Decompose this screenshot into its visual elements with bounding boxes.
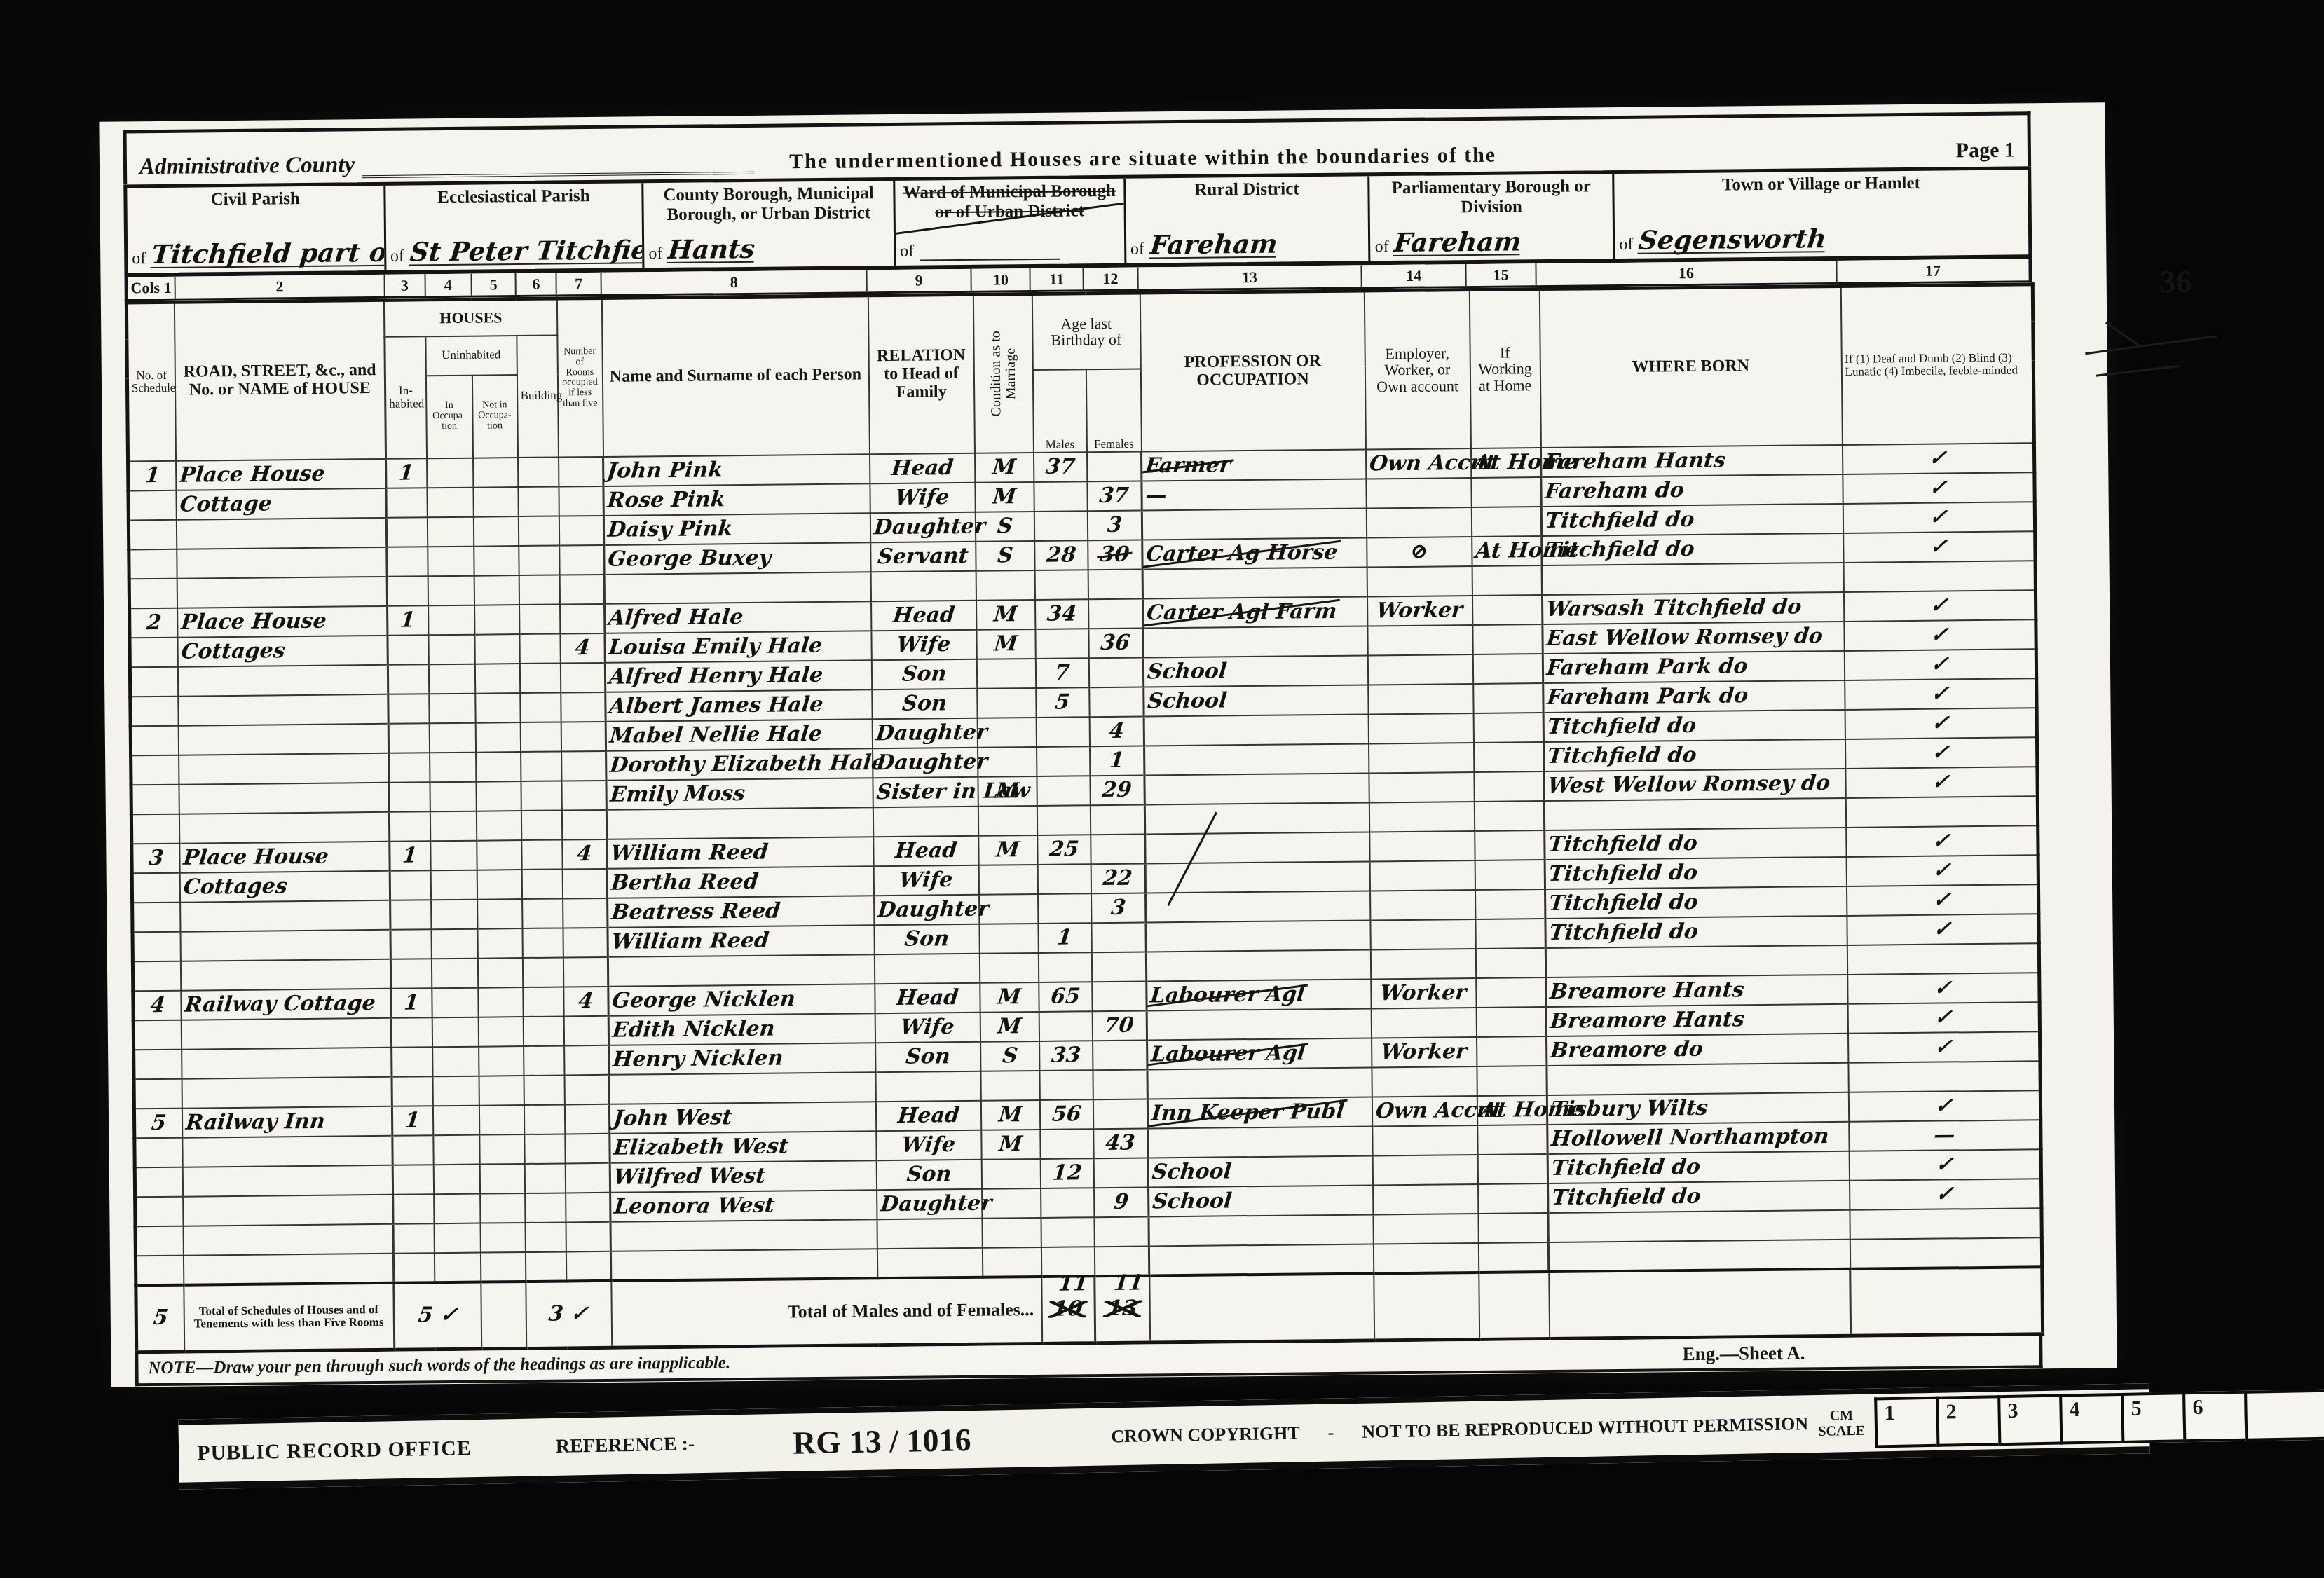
cell-schedule-no [135,1137,182,1167]
cell-relation: Son [872,688,977,718]
cell-working-home [1477,1154,1547,1184]
cell-address [179,753,389,784]
cell-relation: Son [874,924,979,954]
county-borough-value: Hants [667,237,756,263]
cell-working-home [1475,948,1545,978]
cell-age-male [1040,1129,1093,1159]
cell-person-name: William Reed [607,837,873,869]
col-home-header: If Working at Home [1469,289,1540,448]
cell-where-born: Warsash Titchfield do [1542,591,1843,624]
cell-employer [1370,948,1475,978]
rural-district-box: Rural District of Fareham [1126,176,1371,263]
table-header: No. of Schedule ROAD, STREET, &c., and N… [126,284,2034,461]
cell-infirmity: ✓ [1842,443,2034,474]
cell-schedule-no [128,490,176,520]
cell-rooms [562,868,607,898]
cell-person-name [608,954,874,987]
cell-condition [979,893,1038,924]
cell-employer [1372,1154,1477,1184]
cell-age-female [1089,687,1144,717]
cell-occupation: School [1148,1155,1372,1187]
cell-relation: Son [875,1041,980,1071]
cell-age-female [1088,569,1142,599]
cell-address: Cottage [176,488,386,519]
cell-age-male [1036,717,1089,747]
cell-person-name: Dorothy Elizabeth Hale [606,748,873,781]
cell-age-male [1039,1070,1093,1100]
cell-age-male [1039,1011,1092,1041]
cell-age-male [1034,481,1087,512]
cell-person-name: Elizabeth West [610,1131,876,1163]
cell-age-male: 25 [1037,835,1091,865]
cell-uninhabited-not-occupied [479,1076,524,1106]
col-name-header: Name and Surname of each Person [601,296,869,457]
separator-dash: - [1327,1422,1334,1443]
cell-where-born: Titchfield do [1544,739,1845,771]
col-occupation-header: PROFESSION OR OCCUPATION [1140,291,1365,451]
cell-inhabited [391,1017,432,1048]
cell-condition [982,1247,1041,1277]
cell-uninhabited-occupied [434,1252,480,1282]
column-number: 7 [557,273,602,295]
cell-infirmity: ✓ [1845,678,2037,710]
cell-age-female [1093,1099,1147,1129]
cell-inhabited: 1 [392,1106,432,1136]
scale-tick: 1 [1874,1397,1936,1448]
cell-person-name [609,1072,875,1104]
cell-age-male [1041,1217,1094,1247]
cell-person-name: Henry Nicklen [609,1043,875,1075]
cell-where-born: Titchfield do [1543,709,1845,741]
cm-scale-ruler: CM SCALE 123456 [1807,1388,2324,1449]
cell-building [521,839,562,870]
cell-uninhabited-not-occupied [474,546,519,576]
cell-relation: Daughter [874,894,979,924]
cell-inhabited [389,811,430,842]
cell-infirmity: ✓ [1847,973,2039,1004]
cell-rooms [559,544,604,575]
of-prefix: of [1375,238,1389,256]
cm-scale-label: CM SCALE [1807,1397,1875,1449]
cell-relation: Daughter [872,718,977,748]
scale-tick: 6 [2182,1391,2245,1443]
cell-schedule-no: 1 [128,460,176,490]
cell-uninhabited-not-occupied [474,634,519,664]
cell-employer: Worker [1367,596,1472,626]
cell-uninhabited-occupied [429,722,475,753]
cell-occupation [1147,1008,1371,1040]
cell-where-born: Titchfield do [1547,1151,1849,1183]
cell-rooms: 4 [560,633,605,663]
cell-rooms: 4 [563,986,608,1016]
cell-address: Cottages [177,635,388,666]
cell-age-male [1037,746,1090,776]
cell-building [522,928,563,958]
cell-infirmity: ✓ [1850,1179,2042,1210]
cell-condition: S [975,511,1034,541]
cell-working-home [1475,830,1545,860]
cell-rooms [566,1251,610,1281]
cell-condition: S [980,1041,1039,1071]
cell-relation: Servant [870,541,976,571]
civil-parish-box: Civil Parish of Titchfield part of [127,186,386,273]
cell-uninhabited-not-occupied [473,487,518,517]
cell-infirmity: — [1849,1120,2041,1151]
cell-employer [1370,889,1475,919]
cell-schedule-no [135,1167,182,1197]
cell-infirmity: ✓ [1844,649,2036,680]
cell-age-male [1034,511,1087,541]
cell-working-home [1472,654,1543,684]
cell-person-name: Edith Nicklen [608,1013,875,1045]
cell-age-female [1088,598,1143,629]
col-schedule-header: No. of Schedule [126,302,175,461]
cell-inhabited [386,517,427,547]
cell-employer [1372,1125,1477,1155]
cell-building [524,1075,564,1105]
col-road-header: ROAD, STREET, &c., and No. or NAME of HO… [174,300,385,460]
cell-rooms [559,515,603,545]
cell-uninhabited-not-occupied [477,899,522,929]
cell-person-name: Albert James Hale [606,689,872,722]
cell-occupation: Carter Ag Horse [1142,537,1367,569]
cell-relation [877,1218,982,1248]
cell-condition: M [980,1011,1039,1041]
cell-occupation: School [1144,685,1368,716]
cell-condition [978,864,1037,894]
cell-inhabited [392,1047,432,1077]
cell-occupation: Inn Keeper Publ [1147,1097,1372,1128]
cell-where-born [1545,945,1847,977]
totals-males-females-label: Total of Males and of Females... [611,1276,1042,1347]
cell-inhabited [390,900,431,930]
cell-age-female [1093,1040,1147,1070]
cell-person-name: Alfred Henry Hale [605,660,871,692]
cell-schedule-no [132,961,180,991]
cell-age-female: 3 [1091,893,1146,923]
of-prefix: of [1130,240,1144,259]
cell-working-home [1473,713,1543,743]
cell-age-female [1091,834,1145,864]
column-number: Cols 1 [128,277,176,299]
cell-address [182,1165,392,1196]
cell-age-female [1086,451,1141,481]
cell-occupation [1146,920,1370,952]
cell-uninhabited-not-occupied [477,870,521,900]
cell-employer [1367,625,1472,655]
column-number: 13 [1138,265,1362,289]
cell-address [177,664,388,696]
cell-uninhabited-not-occupied [479,1046,524,1076]
cell-relation [875,1071,980,1101]
county-borough-label: County Borough, Municipal Borough, or Ur… [648,184,889,224]
cell-uninhabited-occupied [428,575,474,605]
cell-person-name [606,807,873,839]
cell-occupation: Carter Agl Farm [1143,596,1367,628]
cell-building [525,1193,566,1223]
cell-relation: Wife [876,1130,981,1160]
cell-occupation [1149,1214,1373,1246]
cell-occupation [1142,508,1366,540]
cell-age-male: 12 [1040,1158,1093,1188]
cell-schedule-no: 2 [130,608,177,638]
page-label: Page 1 [1956,139,2015,163]
of-prefix: of [900,242,914,261]
col-age-header: Age last Birthday of [1032,293,1140,369]
cell-employer: Own Accnt [1372,1095,1477,1125]
cell-building [519,604,560,634]
cell-condition [979,952,1038,982]
cell-condition [976,658,1035,688]
cell-uninhabited-occupied [428,634,474,664]
cell-condition: S [976,540,1034,570]
cell-uninhabited-occupied [430,811,476,841]
cell-building [518,486,559,516]
cell-rooms [565,1133,610,1163]
situate-text: The undermentioned Houses are situate wi… [789,144,1496,174]
cell-building [524,1163,565,1193]
col-males-header: Males [1032,369,1086,453]
piece-number: 36 [2159,263,2192,300]
cell-working-home [1475,919,1545,949]
cell-schedule-no [130,666,177,697]
cell-schedule-no: 4 [133,990,181,1020]
cell-working-home [1473,683,1543,713]
ward-box: Ward of Municipal Borough or of Urban Di… [895,179,1126,266]
cell-building [522,957,563,987]
cell-schedule-no [135,1255,183,1285]
cell-address: Cottages [179,870,390,902]
cell-address [176,517,386,549]
cell-working-home [1472,624,1543,654]
column-number: 11 [1031,268,1084,290]
cell-relation: Head [875,1100,980,1130]
cell-age-male: 5 [1036,687,1089,718]
cell-age-male [1037,864,1091,894]
cell-inhabited [388,635,428,665]
cell-age-female: 9 [1094,1187,1149,1217]
cell-rooms [564,1104,609,1134]
cell-working-home [1477,1036,1547,1066]
note-text: NOTE—Draw your pen through such words of… [148,1353,730,1378]
cell-schedule-no [135,1226,183,1256]
totals-houses-value: 5 ✓ [394,1282,481,1350]
cell-infirmity: ✓ [1845,708,2037,739]
cell-address [181,1017,391,1049]
cell-inhabited [389,753,430,783]
cell-rooms [559,456,603,486]
cell-infirmity: ✓ [1843,531,2035,563]
cell-uninhabited-not-occupied [476,781,521,811]
cell-building [519,545,559,575]
cell-occupation [1146,891,1370,922]
cell-infirmity: ✓ [1848,1031,2040,1063]
cell-address [182,1135,392,1167]
cell-working-home [1474,742,1544,772]
cell-address [183,1194,393,1226]
cell-uninhabited-occupied [428,605,474,635]
cell-occupation: Labourer Agl [1147,1038,1372,1069]
cell-rooms [561,750,606,781]
cell-building [520,692,561,722]
cell-uninhabited-occupied [427,516,473,547]
cell-where-born: Titchfield do [1545,886,1847,918]
cell-where-born [1548,1209,1850,1242]
cell-where-born: Titchfield do [1541,503,1843,535]
cell-uninhabited-occupied [431,928,477,959]
ward-value [920,259,1060,261]
cell-rooms [561,692,606,722]
cell-uninhabited-occupied [432,1076,479,1106]
town-village-value: Segensworth [1638,226,1828,254]
cell-uninhabited-occupied [431,958,477,988]
cell-uninhabited-not-occupied [480,1193,525,1223]
cell-age-female [1091,952,1146,982]
cell-employer: ⊘ [1367,537,1472,567]
cell-age-male: 7 [1035,658,1088,688]
cell-inhabited [386,488,427,518]
cell-building [521,810,561,840]
cell-condition: M [978,776,1037,806]
col-in-occupation-header: In Occupa-tion [425,375,472,458]
cell-occupation [1143,626,1367,657]
cell-infirmity: ✓ [1845,767,2037,798]
cell-occupation [1145,861,1369,893]
cell-where-born: Fareham do [1541,474,1843,506]
cell-person-name: Louisa Emily Hale [605,631,871,663]
cell-age-male [1038,952,1091,982]
cell-uninhabited-occupied [434,1223,480,1253]
cell-person-name: John Pink [603,454,870,486]
cell-inhabited [388,723,429,753]
cell-age-male: 33 [1039,1041,1093,1071]
cell-uninhabited-not-occupied [474,605,519,635]
cell-where-born: Fareham Hants [1540,444,1842,476]
cell-rooms [566,1221,610,1251]
cell-relation: Son [876,1159,981,1189]
cell-infirmity [1850,1237,2042,1269]
cell-rooms [563,898,608,928]
cell-employer [1369,742,1474,772]
cell-inhabited: 1 [390,841,430,871]
cell-inhabited [393,1253,434,1283]
cell-occupation [1145,832,1369,863]
cell-building [519,575,559,605]
scanned-census-page: Administrative County The undermentioned… [0,0,2324,1578]
column-number: 17 [1837,259,2028,282]
of-prefix: of [390,247,404,266]
cell-person-name: George Buxey [604,542,870,575]
cell-person-name: Rose Pink [603,483,870,516]
cell-condition [979,923,1038,953]
cell-condition: M [980,982,1039,1012]
cell-occupation [1142,567,1367,598]
cell-person-name: Alfred Hale [605,601,871,633]
cell-relation [873,806,978,836]
cell-schedule-no: 3 [132,843,179,873]
cell-where-born: Titchfield do [1542,533,1843,565]
column-number: 14 [1362,264,1467,287]
cell-uninhabited-occupied [431,899,477,929]
cell-uninhabited-not-occupied [473,516,518,547]
cell-relation: Head [875,982,980,1013]
cell-where-born: Hollowell Northampton [1547,1121,1849,1153]
totals-females-value: 1311 [1095,1275,1150,1343]
cell-uninhabited-not-occupied [476,752,521,782]
cell-employer [1368,713,1473,743]
cell-address [180,959,390,990]
cell-uninhabited-occupied [430,781,476,811]
cell-uninhabited-occupied [428,546,474,576]
admin-county-blank-line [362,151,754,178]
cell-uninhabited-occupied [428,664,474,694]
cell-person-name: Daisy Pink [603,513,870,545]
rural-district-value: Fareham [1149,231,1278,259]
cell-condition: M [978,835,1037,865]
handwritten-scribble [2085,335,2217,355]
cell-relation: Daughter [873,747,978,777]
cell-address [183,1253,393,1284]
cell-where-born [1542,562,1843,594]
totals-label: Total of Schedules of Houses and of Tene… [184,1282,395,1352]
cell-relation: Head [871,600,976,630]
cell-occupation [1149,1244,1373,1275]
cell-condition: M [976,629,1035,659]
rural-district-label: Rural District [1130,179,1364,200]
cell-working-home [1475,889,1545,919]
table-body: 1Place House1John PinkHeadM37FarmerOwn A… [128,443,2042,1285]
totals-males-value: 1011 [1041,1276,1095,1344]
cell-where-born: Titchfield do [1545,915,1847,947]
cell-relation: Head [870,453,975,483]
cell-inhabited [393,1223,434,1254]
cell-working-home [1471,477,1541,507]
cell-schedule-no [132,902,180,932]
cell-person-name: Emily Moss [606,778,873,810]
col-not-occupation-header: Not in Occupa-tion [472,375,517,458]
cell-infirmity [1843,561,2035,592]
cell-person-name: Mabel Nellie Hale [606,719,872,751]
cell-working-home [1475,860,1545,890]
cell-where-born: Fareham Park do [1543,650,1844,682]
cell-condition: M [981,1129,1040,1159]
ward-label: Ward of Municipal Borough or of Urban Di… [899,181,1119,222]
ecclesiastical-parish-label: Ecclesiastical Parish [390,186,638,207]
cell-uninhabited-not-occupied [474,664,519,694]
cell-condition: M [975,453,1034,483]
reproduction-notice: NOT TO BE REPRODUCED WITHOUT PERMISSION [1362,1413,1808,1443]
cell-age-female: 70 [1092,1010,1147,1041]
cell-age-male: 34 [1035,599,1088,629]
column-number: 16 [1536,261,1837,285]
cell-age-male: 1 [1038,923,1091,953]
cell-occupation: Farmer [1141,449,1365,481]
cell-working-home [1474,771,1544,802]
cell-where-born: Breamore Hants [1546,974,1847,1006]
cell-uninhabited-occupied [432,987,478,1017]
cell-occupation [1146,949,1370,981]
cell-uninhabited-not-occupied [480,1252,525,1282]
cell-uninhabited-occupied [430,840,477,870]
cell-uninhabited-occupied [434,1193,480,1223]
cell-employer: Worker [1371,977,1476,1008]
totals-schedule: 5 [136,1284,184,1352]
cell-address [182,1076,392,1108]
cell-address: Place House [179,841,390,872]
cell-where-born: Tisbury Wilts [1547,1092,1848,1124]
cell-building [522,898,563,928]
cell-condition: M [980,1099,1039,1130]
